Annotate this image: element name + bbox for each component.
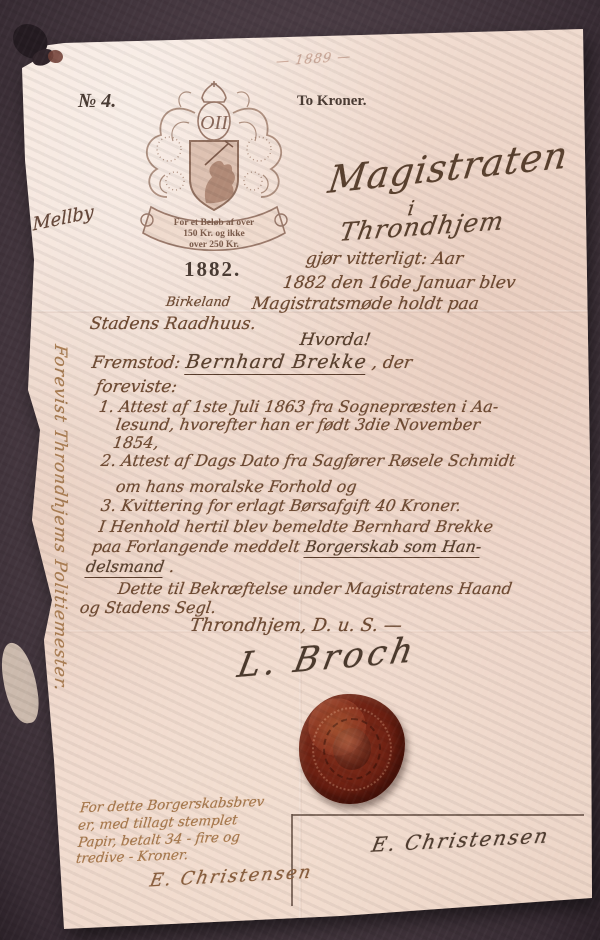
body-line: Stadens Raadhuus. bbox=[89, 314, 258, 334]
inserted-word: Birkeland bbox=[165, 295, 231, 310]
fee-note-line-4: tredive - Kroner. bbox=[75, 847, 189, 867]
wax-seal-center-emboss bbox=[333, 728, 371, 770]
list-item-2-line-2: om hans moralske Forhold og bbox=[115, 477, 358, 496]
wax-seal-inner-ring bbox=[323, 718, 381, 780]
ruled-line-horizontal bbox=[292, 814, 584, 816]
applicant-name: Bernhard Brekke bbox=[184, 351, 368, 375]
list-item-1-line-3: 1854, bbox=[112, 433, 160, 452]
coat-of-arms-crest: OII For et Beløb af over bbox=[131, 79, 297, 257]
ruled-line-vertical bbox=[291, 814, 293, 906]
photo-background: — 1889 — № 4. To Kroner. OII bbox=[0, 0, 600, 940]
banner-text-3: over 250 Kr. bbox=[189, 240, 239, 250]
grant-phrase-cont: delsmand bbox=[84, 557, 165, 578]
list-item-2-line-1: 2. Attest af Dags Dato fra Sagfører Røse… bbox=[100, 451, 517, 470]
document-paper: — 1889 — № 4. To Kroner. OII bbox=[0, 0, 600, 940]
place-date-line: Throndhjem, D. u. S. — bbox=[189, 615, 404, 636]
form-number: № 4. bbox=[78, 90, 116, 113]
stamp-duty-label: To Kroner. bbox=[297, 93, 366, 110]
paper-shadow-wrap: — 1889 — № 4. To Kroner. OII bbox=[0, 0, 600, 940]
printed-year: 1882. bbox=[184, 257, 241, 282]
grant-phrase: Borgerskab som Han- bbox=[303, 537, 482, 558]
banner-text-2: 150 Kr. og ikke bbox=[183, 229, 244, 239]
body-line: 1882 den 16de Januar blev bbox=[282, 273, 517, 293]
pencil-archive-note: — 1889 — bbox=[275, 49, 352, 69]
heading-magistraten: Magistraten bbox=[326, 133, 572, 202]
margin-vertical-note: Forevist Throndhjems Politiemester. bbox=[50, 299, 70, 738]
body-line: paa Forlangende meddelt Borgerskab som H… bbox=[91, 537, 483, 556]
body-fremstod-line: Fremstod: Bernhard Brekke , der bbox=[90, 351, 413, 373]
body-line: Magistratsmøde holdt paa bbox=[251, 294, 481, 314]
clerk-signature: E. Christensen bbox=[370, 823, 552, 857]
banner-text-1: For et Beløb af over bbox=[174, 218, 255, 228]
heading-throndhjem: Throndhjem bbox=[338, 206, 507, 247]
body-line: gjør vitterligt: Aar bbox=[305, 249, 465, 269]
grant-prefix: paa Forlangende meddelt bbox=[91, 537, 307, 556]
margin-name-note: Mellby bbox=[32, 201, 94, 235]
wax-seal bbox=[299, 694, 405, 804]
fee-note-signature: E. Christensen bbox=[148, 862, 314, 892]
wax-seal-outer-ring bbox=[312, 707, 392, 791]
magistrate-signature: L. Broch bbox=[234, 630, 420, 686]
body-hvorda: Hvorda! bbox=[299, 330, 372, 350]
list-item-3: 3. Kvittering for erlagt Børsafgift 40 K… bbox=[100, 496, 463, 515]
fremstod-label: Fremstod: bbox=[90, 353, 187, 373]
royal-monogram: OII bbox=[200, 112, 229, 134]
body-line: delsmand . bbox=[85, 557, 176, 576]
grant-period: . bbox=[163, 557, 176, 576]
body-line: I Henhold hertil blev bemeldte Bernhard … bbox=[98, 517, 495, 536]
fremstod-suffix: , der bbox=[365, 353, 413, 373]
body-line: foreviste: bbox=[95, 377, 179, 397]
list-item-1-line-2: lesund, hvorefter han er født 3die Novem… bbox=[115, 415, 482, 434]
list-item-1-line-1: 1. Attest af 1ste Juli 1863 fra Sognepræ… bbox=[98, 397, 500, 416]
closing-line-1: Dette til Bekræftelse under Magistratens… bbox=[117, 579, 514, 598]
